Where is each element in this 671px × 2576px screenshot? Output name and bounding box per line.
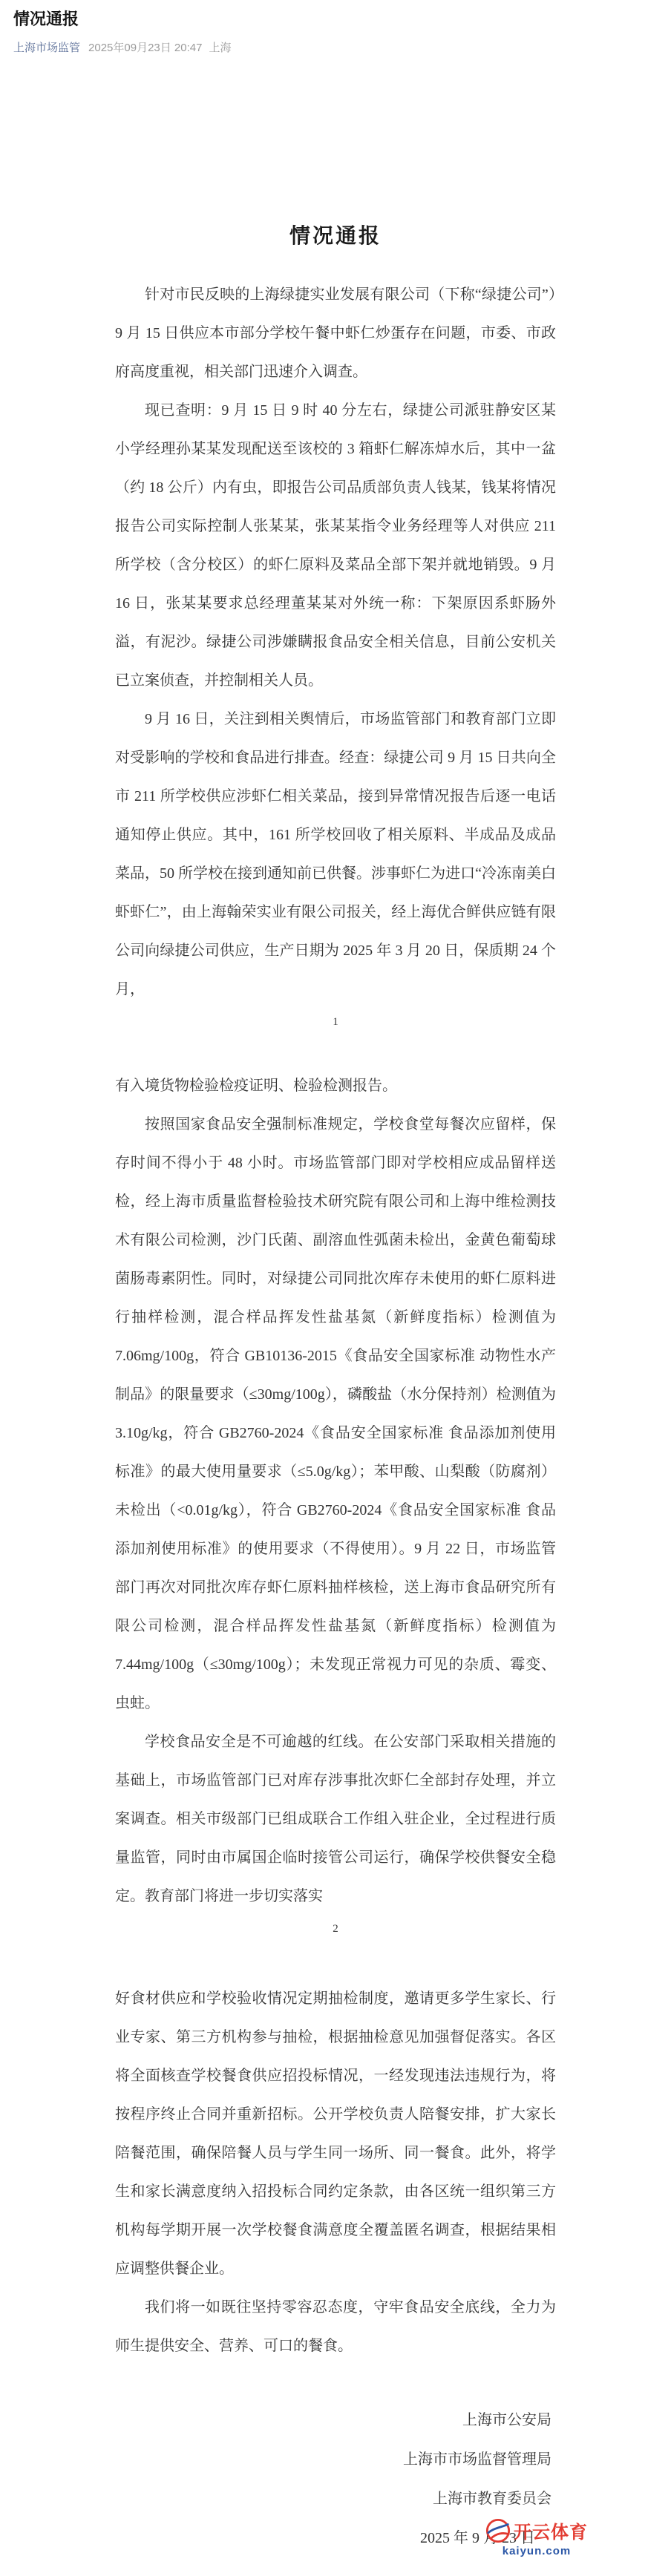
doc-paragraph: 有入境货物检验检疫证明、检验检测报告。 [115,1066,556,1105]
byline: 上海市场监管2025年09月23日 20:47上海 [13,41,658,56]
signature-line: 上海市教育委员会 [115,2480,551,2519]
page-number-2: 2 [115,1921,556,1936]
doc-page-1: 情况通报 针对市民反映的上海绿捷实业发展有限公司（下称“绿捷公司”）9 月 15… [115,55,556,1029]
doc-paragraph: 学校食品安全是不可逾越的红线。在公安部门采取相关措施的基础上，市场监管部门已对库… [115,1723,556,1915]
doc-title: 情况通报 [115,222,556,252]
article-header: 情况通报 上海市场监管2025年09月23日 20:47上海 [0,0,671,55]
doc-page-3: 好食材供应和学校验收情况定期抽检制度，邀请更多学生家长、行业专家、第三方机构参与… [115,1979,556,2558]
doc-paragraph: 针对市民反映的上海绿捷实业发展有限公司（下称“绿捷公司”）9 月 15 日供应本… [115,275,556,391]
notice-document: 情况通报 针对市民反映的上海绿捷实业发展有限公司（下称“绿捷公司”）9 月 15… [115,55,556,2558]
doc-paragraph: 好食材供应和学校验收情况定期抽检制度，邀请更多学生家长、行业专家、第三方机构参与… [115,1979,556,2288]
watermark-brand: 开云体育 [514,2517,588,2543]
doc-paragraph: 现已查明：9 月 15 日 9 时 40 分左右，绿捷公司派驻静安区某小学经理孙… [115,391,556,700]
signature-line: 上海市市场监督管理局 [115,2440,551,2480]
publish-time: 2025年09月23日 20:47 [88,42,202,54]
account-name-link[interactable]: 上海市场监管 [13,42,80,54]
signature-line: 上海市公安局 [115,2401,551,2440]
doc-paragraph: 我们将一如既往坚持零容忍态度，守牢食品安全底线，全力为师生提供安全、营养、可口的… [115,2288,556,2365]
doc-paragraph: 按照国家食品安全强制标准规定，学校食堂每餐次应留样，保存时间不得小于 48 小时… [115,1105,556,1723]
kaiyun-logo-icon [485,2518,511,2543]
doc-page-2: 有入境货物检验检疫证明、检验检测报告。 按照国家食品安全强制标准规定，学校食堂每… [115,1066,556,1936]
page-number-1: 1 [115,1015,556,1029]
watermark-domain: kaiyun.com [485,2545,588,2557]
doc-paragraph: 9 月 16 日，关注到相关舆情后，市场监管部门和教育部门立即对受影响的学校和食… [115,700,556,1009]
article-title: 情况通报 [13,7,658,31]
watermark-row: 开云体育 [485,2517,588,2543]
publish-location: 上海 [209,42,231,54]
kaiyun-watermark: 开云体育 kaiyun.com [485,2517,588,2557]
page: { "header": { "article_title": "情况通报", "… [0,0,671,2576]
